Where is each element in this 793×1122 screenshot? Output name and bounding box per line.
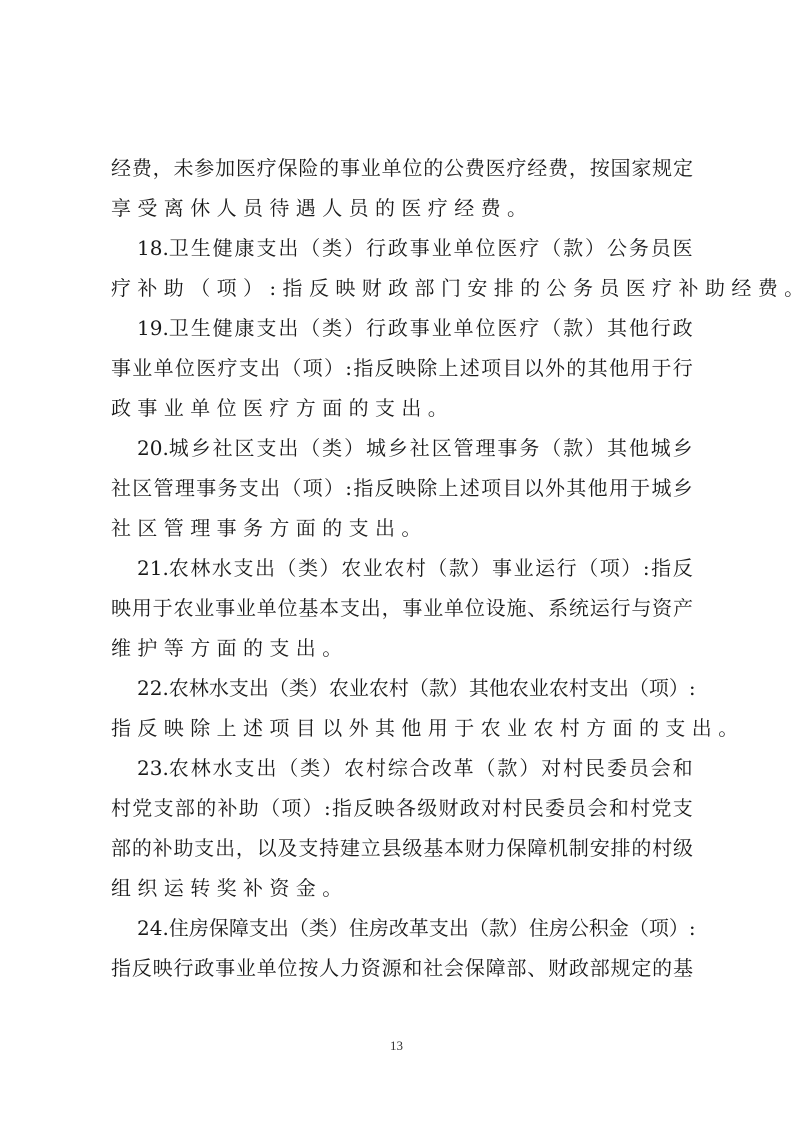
item-24-heading: 24.住房保障支出（类）住房改革支出（款）住房公积金（项）: bbox=[111, 908, 693, 948]
text-line: 疗补助（项）:指反映财政部门安排的公务员医疗补助经费。 bbox=[111, 268, 693, 308]
text-line: 社区管理事务支出（项）:指反映除上述项目以外其他用于城乡 bbox=[111, 468, 693, 508]
item-20-heading: 20.城乡社区支出（类）城乡社区管理事务（款）其他城乡 bbox=[111, 428, 693, 468]
page-number: 13 bbox=[0, 1038, 793, 1054]
text-line: 部的补助支出，以及支持建立县级基本财力保障机制安排的村级 bbox=[111, 828, 693, 868]
text-line: 社区管理事务方面的支出。 bbox=[111, 508, 693, 548]
text-line: 组织运转奖补资金。 bbox=[111, 868, 693, 908]
text-line: 维护等方面的支出。 bbox=[111, 628, 693, 668]
text-line: 事业单位医疗支出（项）:指反映除上述项目以外的其他用于行 bbox=[111, 348, 693, 388]
document-body: 经费，未参加医疗保险的事业单位的公费医疗经费，按国家规定 享受离休人员待遇人员的… bbox=[111, 148, 693, 988]
item-22-heading: 22.农林水支出（类）农业农村（款）其他农业农村支出（项）: bbox=[111, 668, 693, 708]
item-23-heading: 23.农林水支出（类）农村综合改革（款）对村民委员会和 bbox=[111, 748, 693, 788]
text-line: 享受离休人员待遇人员的医疗经费。 bbox=[111, 188, 693, 228]
item-21-heading: 21.农林水支出（类）农业农村（款）事业运行（项）:指反 bbox=[111, 548, 693, 588]
item-19-heading: 19.卫生健康支出（类）行政事业单位医疗（款）其他行政 bbox=[111, 308, 693, 348]
text-line: 映用于农业事业单位基本支出，事业单位设施、系统运行与资产 bbox=[111, 588, 693, 628]
text-line: 村党支部的补助（项）:指反映各级财政对村民委员会和村党支 bbox=[111, 788, 693, 828]
text-line: 政事业单位医疗方面的支出。 bbox=[111, 388, 693, 428]
text-line: 经费，未参加医疗保险的事业单位的公费医疗经费，按国家规定 bbox=[111, 148, 693, 188]
text-line: 指反映行政事业单位按人力资源和社会保障部、财政部规定的基 bbox=[111, 948, 693, 988]
text-line: 指反映除上述项目以外其他用于农业农村方面的支出。 bbox=[111, 708, 693, 748]
item-18-heading: 18.卫生健康支出（类）行政事业单位医疗（款）公务员医 bbox=[111, 228, 693, 268]
